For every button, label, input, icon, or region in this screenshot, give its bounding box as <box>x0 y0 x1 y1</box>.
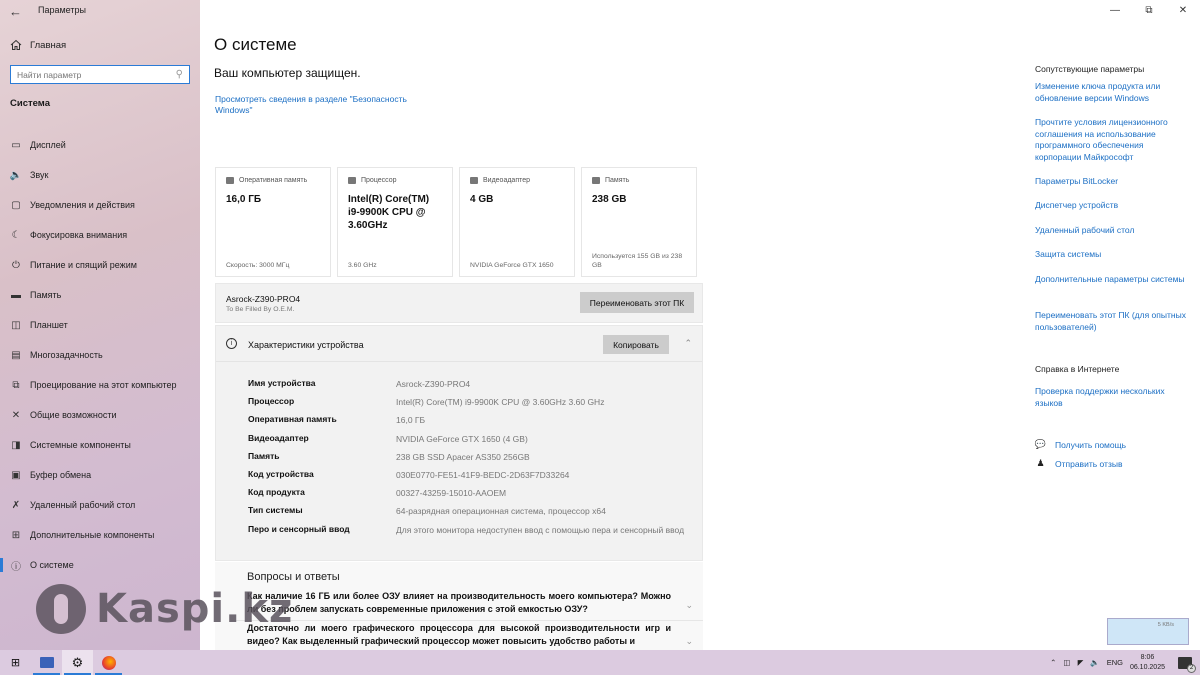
sidebar-item-label: Проецирование на этот компьютер <box>30 380 177 390</box>
faq-question[interactable]: Как наличие 16 ГБ или более ОЗУ влияет н… <box>247 590 671 616</box>
card-value: Intel(R) Core(TM) i9-9900K CPU @ 3.60GHz <box>348 193 442 232</box>
spec-value: 16,0 ГБ <box>396 414 686 426</box>
feedback-icon: ♟ <box>1035 458 1046 469</box>
shared-icon: ✕ <box>10 409 22 421</box>
taskbar-firefox[interactable] <box>93 650 124 675</box>
pc-name-box: Asrock-Z390-PRO4 To Be Filled By O.E.M. … <box>215 283 703 323</box>
addons-icon: ⊞ <box>10 529 22 541</box>
card-value: 16,0 ГБ <box>226 193 320 206</box>
pc-manufacturer: To Be Filled By O.E.M. <box>226 306 294 313</box>
multitask-icon: ▤ <box>10 349 22 361</box>
security-link[interactable]: Просмотреть сведения в разделе "Безопасн… <box>215 94 425 116</box>
chevron-up-icon[interactable]: ⌃ <box>684 338 692 349</box>
spec-key: Видеоадаптер <box>248 433 396 445</box>
close-icon[interactable]: ✕ <box>1166 0 1200 20</box>
volume-icon[interactable]: 🔈 <box>1090 658 1099 667</box>
help-title: Справка в Интернете <box>1035 364 1119 374</box>
hardware-icon <box>348 177 356 184</box>
home-icon <box>10 39 22 51</box>
spec-value: Asrock-Z390-PRO4 <box>396 378 686 390</box>
chevron-down-icon[interactable]: ⌄ <box>685 600 693 611</box>
faq-title: Вопросы и ответы <box>247 571 340 583</box>
spec-cards: Оперативная память16,0 ГБСкорость: 3000 … <box>215 167 697 277</box>
spec-row: Код продукта00327-43259-15010-AAOEM <box>248 487 686 499</box>
spec-key: Код устройства <box>248 469 396 481</box>
chat-help-icon: 💬 <box>1035 439 1046 450</box>
monitor-icon: ▭ <box>10 139 22 151</box>
feedback-label: Отправить отзыв <box>1055 459 1122 469</box>
notification-count: 2 <box>1187 664 1196 673</box>
sidebar-item-label: Буфер обмена <box>30 470 91 480</box>
components-icon: ◨ <box>10 439 22 451</box>
spec-key: Тип системы <box>248 505 396 517</box>
card-header: Память <box>605 177 629 184</box>
sidebar: ← Параметры Главная ⚲ Система ▭Дисплей🔈З… <box>0 0 200 650</box>
section-label: Система <box>10 98 50 109</box>
search-input[interactable] <box>17 70 176 80</box>
sidebar-item-label: Удаленный рабочий стол <box>30 500 135 510</box>
project-icon: ⧉ <box>10 379 22 391</box>
divider <box>231 620 703 621</box>
window-controls: — ⧉ ✕ <box>1098 0 1200 20</box>
specs-header[interactable]: i Характеристики устройства Копировать ⌃ <box>216 326 702 362</box>
sidebar-item[interactable]: ▤Многозадачность <box>0 340 200 370</box>
faq-question[interactable]: Достаточно ли моего графического процесс… <box>247 622 671 648</box>
sidebar-nav: ▭Дисплей🔈Звук▢Уведомления и действия☾Фок… <box>0 130 200 580</box>
card-footer: 3.60 GHz <box>348 261 444 270</box>
spec-key: Оперативная память <box>248 414 396 426</box>
card-footer: Скорость: 3000 МГц <box>226 261 322 270</box>
wifi-icon[interactable]: ◤ <box>1078 658 1084 667</box>
spec-card: Видеоадаптер4 GBNVIDIA GeForce GTX 1650 <box>459 167 575 277</box>
restore-icon[interactable]: ⧉ <box>1132 0 1166 20</box>
sidebar-item[interactable]: 🔈Звук <box>0 160 200 190</box>
sidebar-item[interactable]: ⓘО системе <box>0 550 200 580</box>
get-help-link[interactable]: 💬 Получить помощь <box>1035 439 1126 450</box>
firefox-icon <box>102 656 116 670</box>
sidebar-item-label: Дисплей <box>30 140 66 150</box>
spec-value: 238 GB SSD Apacer AS350 256GB <box>396 451 686 463</box>
sidebar-item[interactable]: ▢Уведомления и действия <box>0 190 200 220</box>
related-title: Сопутствующие параметры <box>1035 64 1144 74</box>
card-header: Оперативная память <box>239 177 307 184</box>
device-specs: i Характеристики устройства Копировать ⌃… <box>215 325 703 561</box>
specs-title: Характеристики устройства <box>248 340 364 350</box>
spec-card: ПроцессорIntel(R) Core(TM) i9-9900K CPU … <box>337 167 453 277</box>
faq-section: Вопросы и ответы Как наличие 16 ГБ или б… <box>215 562 703 650</box>
help-link[interactable]: Проверка поддержки нескольких языков <box>1035 386 1190 409</box>
sidebar-item[interactable]: ▭Дисплей <box>0 130 200 160</box>
rename-pc-button[interactable]: Переименовать этот ПК <box>580 292 694 313</box>
storage-icon: ▬ <box>10 289 22 301</box>
spec-value: NVIDIA GeForce GTX 1650 (4 GB) <box>396 433 686 445</box>
spec-row: ПроцессорIntel(R) Core(TM) i9-9900K CPU … <box>248 396 686 408</box>
sidebar-item[interactable]: ⏻Питание и спящий режим <box>0 250 200 280</box>
spec-row: Тип системы64-разрядная операционная сис… <box>248 505 686 517</box>
sidebar-item-label: Звук <box>30 170 48 180</box>
remote-icon: ✗ <box>10 499 22 511</box>
gear-icon: ⚙ <box>72 655 84 671</box>
hardware-icon <box>592 177 600 184</box>
system-tray: ⌃ ◫ ◤ 🔈 ENG 8:06 06.10.2025 2 <box>1050 650 1200 675</box>
sidebar-item[interactable]: ◫Планшет <box>0 310 200 340</box>
spec-key: Перо и сенсорный ввод <box>248 524 396 536</box>
sidebar-item-label: Планшет <box>30 320 68 330</box>
taskbar-settings[interactable]: ⚙ <box>62 650 93 675</box>
spec-key: Имя устройства <box>248 378 396 390</box>
network-speed-widget[interactable]: 5 KB/s <box>1107 618 1189 645</box>
related-link[interactable]: Диспетчер устройств <box>1035 200 1190 212</box>
sidebar-item-label: О системе <box>30 560 74 570</box>
related-link[interactable]: Переименовать этот ПК (для опытных польз… <box>1035 310 1190 333</box>
related-link[interactable]: Прочтите условия лицензионного соглашени… <box>1035 117 1190 163</box>
spec-row: Оперативная память16,0 ГБ <box>248 414 686 426</box>
tablet-icon: ◫ <box>10 319 22 331</box>
sidebar-home[interactable]: Главная <box>10 39 66 51</box>
sidebar-item[interactable]: ✕Общие возможности <box>0 400 200 430</box>
sidebar-item-label: Многозадачность <box>30 350 103 360</box>
taskbar-remote-desktop[interactable] <box>31 650 62 675</box>
speaker-icon: 🔈 <box>10 169 22 181</box>
spec-value: 030E0770-FE51-41F9-BEDC-2D63F7D33264 <box>396 469 686 481</box>
search-box[interactable]: ⚲ <box>10 65 190 84</box>
sidebar-item[interactable]: ▬Память <box>0 280 200 310</box>
card-value: 238 GB <box>592 193 686 206</box>
clipboard-icon: ▣ <box>10 469 22 481</box>
search-icon: ⚲ <box>176 69 183 80</box>
related-link[interactable]: Защита системы <box>1035 249 1190 261</box>
spec-value: 00327-43259-15010-AAOEM <box>396 487 686 499</box>
spec-row: ВидеоадаптерNVIDIA GeForce GTX 1650 (4 G… <box>248 433 686 445</box>
back-arrow-icon[interactable]: ← <box>9 4 23 18</box>
sidebar-item[interactable]: ▣Буфер обмена <box>0 460 200 490</box>
spec-row: Память238 GB SSD Apacer AS350 256GB <box>248 451 686 463</box>
hardware-icon <box>226 177 234 184</box>
copy-button[interactable]: Копировать <box>603 335 669 354</box>
spec-row: Перо и сенсорный вводДля этого монитора … <box>248 524 686 536</box>
home-label: Главная <box>30 40 66 51</box>
chevron-down-icon[interactable]: ⌄ <box>685 636 693 647</box>
info-icon: i <box>226 338 237 349</box>
related-link[interactable]: Удаленный рабочий стол <box>1035 225 1190 237</box>
speed-text: 5 KB/s <box>1158 622 1174 628</box>
language-indicator[interactable]: ENG <box>1107 658 1123 667</box>
sidebar-item-label: Системные компоненты <box>30 440 131 450</box>
sidebar-item-label: Питание и спящий режим <box>30 260 137 270</box>
start-button[interactable]: ⊞ <box>0 650 31 675</box>
sidebar-item[interactable]: ⊞Дополнительные компоненты <box>0 520 200 550</box>
page-title: О системе <box>214 35 297 55</box>
sidebar-item-label: Уведомления и действия <box>30 200 135 210</box>
time: 8:06 <box>1130 653 1165 663</box>
card-footer: NVIDIA GeForce GTX 1650 <box>470 261 566 270</box>
notification-icon: ▢ <box>10 199 22 211</box>
info-icon: ⓘ <box>10 559 22 571</box>
date: 06.10.2025 <box>1130 663 1165 673</box>
spec-value: 64-разрядная операционная система, проце… <box>396 505 686 517</box>
get-help-label: Получить помощь <box>1055 440 1126 450</box>
sidebar-item-label: Память <box>30 290 61 300</box>
main-content: — ⧉ ✕ О системе Ваш компьютер защищен. П… <box>200 0 1200 650</box>
spec-value: Для этого монитора недоступен ввод с пом… <box>396 524 686 536</box>
related-link[interactable]: Изменение ключа продукта или обновление … <box>1035 81 1190 104</box>
spec-key: Процессор <box>248 396 396 408</box>
sidebar-item[interactable]: ⧉Проецирование на этот компьютер <box>0 370 200 400</box>
clock[interactable]: 8:06 06.10.2025 <box>1130 653 1165 673</box>
related-link[interactable]: Дополнительные параметры системы <box>1035 274 1190 286</box>
spec-card: Оперативная память16,0 ГБСкорость: 3000 … <box>215 167 331 277</box>
spec-row: Код устройства030E0770-FE51-41F9-BEDC-2D… <box>248 469 686 481</box>
spec-value: Intel(R) Core(TM) i9-9900K CPU @ 3.60GHz… <box>396 396 686 408</box>
sidebar-item-label: Дополнительные компоненты <box>30 530 154 540</box>
sidebar-item[interactable]: ☾Фокусировка внимания <box>0 220 200 250</box>
notification-icon[interactable]: 2 <box>1178 657 1192 669</box>
card-footer: Используется 155 GB из 238 GB <box>592 252 688 270</box>
card-value: 4 GB <box>470 193 564 206</box>
card-header: Процессор <box>361 177 397 184</box>
spec-key: Память <box>248 451 396 463</box>
protection-status: Ваш компьютер защищен. <box>214 66 361 80</box>
hardware-icon <box>470 177 478 184</box>
related-link[interactable]: Параметры BitLocker <box>1035 176 1190 188</box>
sidebar-item-label: Фокусировка внимания <box>30 230 127 240</box>
app-title: Параметры <box>38 5 86 15</box>
sidebar-item[interactable]: ✗Удаленный рабочий стол <box>0 490 200 520</box>
sidebar-item[interactable]: ◨Системные компоненты <box>0 430 200 460</box>
pc-name: Asrock-Z390-PRO4 <box>226 294 300 304</box>
chevron-up-icon[interactable]: ⌃ <box>1050 658 1056 667</box>
device-icon[interactable]: ◫ <box>1063 658 1070 667</box>
sidebar-item-label: Общие возможности <box>30 410 117 420</box>
card-header: Видеоадаптер <box>483 177 530 184</box>
spec-key: Код продукта <box>248 487 396 499</box>
feedback-link[interactable]: ♟ Отправить отзыв <box>1035 458 1122 469</box>
moon-icon: ☾ <box>10 229 22 241</box>
spec-card: Память238 GBИспользуется 155 GB из 238 G… <box>581 167 697 277</box>
taskbar: ⊞ ⚙ ⌃ ◫ ◤ 🔈 ENG 8:06 06.10.2025 2 <box>0 650 1200 675</box>
spec-row: Имя устройстваAsrock-Z390-PRO4 <box>248 378 686 390</box>
remote-desktop-icon <box>40 657 54 668</box>
power-icon: ⏻ <box>10 259 22 271</box>
minimize-icon[interactable]: — <box>1098 0 1132 20</box>
